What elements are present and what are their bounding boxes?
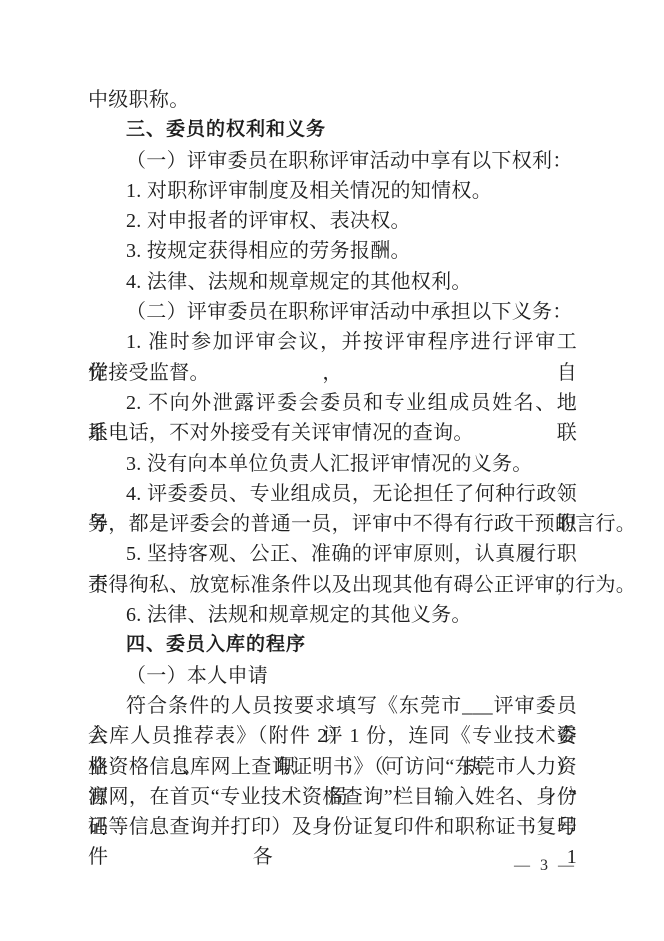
list-item: 1. 准时参加评审会议，并按评审程序进行评审工作，自: [88, 327, 577, 357]
text-line: （二）评审委员在职称评审活动中承担以下义务：: [88, 297, 577, 327]
list-item: 4. 法律、法规和规章规定的其他权利。: [88, 267, 577, 297]
list-item: 2. 不向外泄露评委会委员和专业组成员姓名、地址、联: [88, 388, 577, 418]
list-item: 1. 对职称评审制度及相关情况的知情权。: [88, 176, 577, 206]
document-page: 中级职称。 三、委员的权利和义务 （一）评审委员在职称评审活动中享有以下权利： …: [0, 0, 664, 941]
list-item: 2. 对申报者的评审权、表决权。: [88, 206, 577, 236]
list-item: 5. 坚持客观、公正、准确的评审原则，认真履行职责，: [88, 539, 577, 569]
text-line: 业资格信息库网上查询证明书》（可访问“东莞市人力资源局”: [88, 752, 577, 782]
section-heading: 四、委员入库的程序: [88, 630, 577, 660]
section-heading: 三、委员的权利和义务: [88, 115, 577, 145]
list-item: 3. 按规定获得相应的劳务报酬。: [88, 236, 577, 266]
page-number: — 3 —: [0, 856, 577, 876]
text-line: 码等信息查询并打印）及身份证复印件和职称证书复印件各 1: [88, 812, 577, 842]
text-line: 入库人员推荐表》（附件 2）1 份，连同《专业技术资格、职（执）: [88, 721, 577, 751]
text-line: 中级职称。: [88, 85, 577, 115]
text-line: 务，都是评委会的普通一员，评审中不得有行政干预的言行。: [88, 509, 577, 539]
document-body: 中级职称。 三、委员的权利和义务 （一）评审委员在职称评审活动中享有以下权利： …: [88, 85, 577, 842]
list-item: 4. 评委委员、专业组成员，无论担任了何种行政领导职: [88, 479, 577, 509]
list-item: 6. 法律、法规和规章规定的其他义务。: [88, 600, 577, 630]
text-line: 不得徇私、放宽标准条件以及出现其他有碍公正评审的行为。: [88, 570, 577, 600]
text-line: （一）本人申请: [88, 661, 577, 691]
list-item: 3. 没有向本单位负责人汇报评审情况的义务。: [88, 449, 577, 479]
text-line: 官网，在首页“专业技术资格查询”栏目输入姓名、身份证号: [88, 782, 577, 812]
text-line: 符合条件的人员按要求填写《东莞市___评审委员会评委: [88, 691, 577, 721]
text-line: （一）评审委员在职称评审活动中享有以下权利：: [88, 146, 577, 176]
